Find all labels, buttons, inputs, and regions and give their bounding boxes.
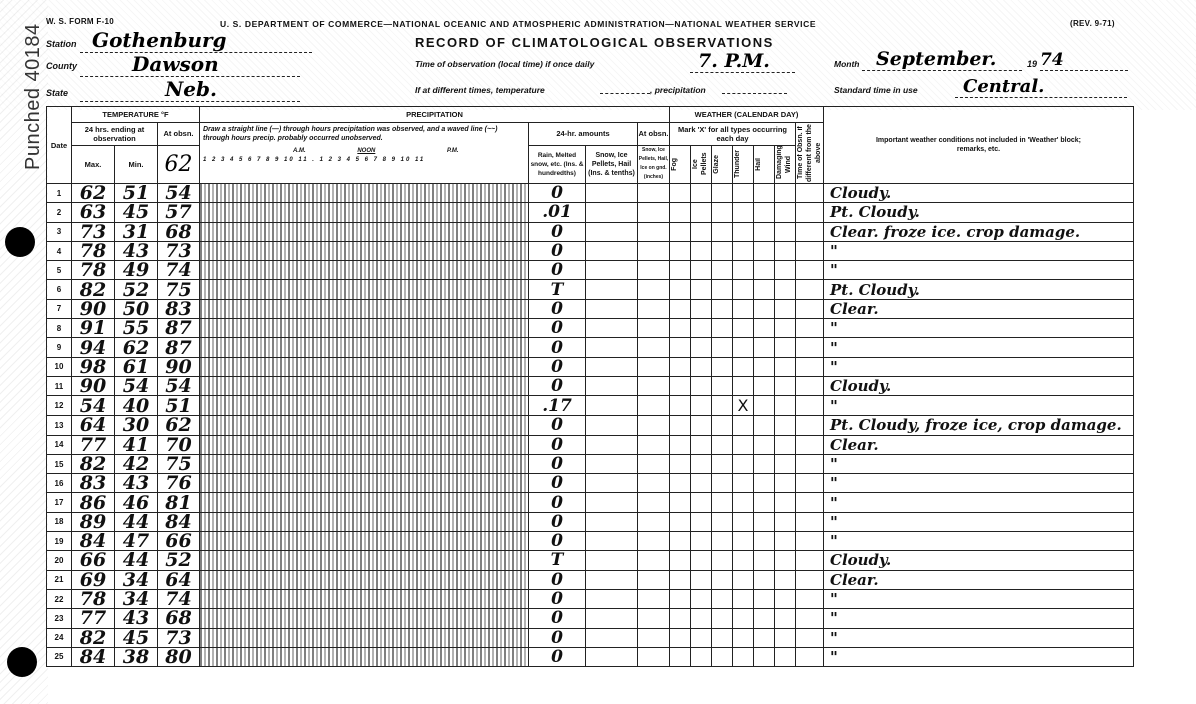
obs-temp-cell[interactable]: 68 — [158, 222, 200, 241]
max-temp-cell[interactable]: 91 — [72, 319, 115, 338]
fog-cell[interactable] — [670, 376, 691, 395]
obs-temp-cell[interactable]: 64 — [158, 570, 200, 589]
rain-cell[interactable]: 0 — [529, 338, 586, 357]
snow-cell[interactable] — [586, 570, 638, 589]
snow-cell[interactable] — [586, 184, 638, 203]
snow-ground-cell[interactable] — [638, 396, 670, 416]
time-obs-diff-cell[interactable] — [796, 396, 824, 416]
snow-cell[interactable] — [586, 338, 638, 357]
thunder-cell[interactable] — [733, 493, 754, 512]
damaging-wind-cell[interactable] — [775, 474, 796, 493]
min-temp-cell[interactable]: 44 — [115, 512, 158, 531]
fog-cell[interactable] — [670, 357, 691, 376]
rain-cell[interactable]: 0 — [529, 474, 586, 493]
max-temp-cell[interactable]: 84 — [72, 647, 115, 666]
min-temp-cell[interactable]: 61 — [115, 357, 158, 376]
snow-cell[interactable] — [586, 241, 638, 260]
fog-cell[interactable] — [670, 532, 691, 551]
fog-cell[interactable] — [670, 416, 691, 435]
rain-cell[interactable]: 0 — [529, 435, 586, 454]
snow-ground-cell[interactable] — [638, 647, 670, 666]
time-obs-diff-cell[interactable] — [796, 416, 824, 435]
glaze-cell[interactable] — [712, 609, 733, 628]
snow-ground-cell[interactable] — [638, 338, 670, 357]
min-temp-cell[interactable]: 43 — [115, 241, 158, 260]
ice-pellets-cell[interactable] — [691, 551, 712, 570]
thunder-cell[interactable] — [733, 319, 754, 338]
snow-ground-cell[interactable] — [638, 454, 670, 473]
thunder-cell[interactable] — [733, 454, 754, 473]
temperature-time-field[interactable] — [600, 93, 650, 94]
glaze-cell[interactable] — [712, 416, 733, 435]
min-temp-cell[interactable]: 54 — [115, 376, 158, 395]
hourly-precip-cell[interactable] — [200, 454, 529, 473]
max-temp-cell[interactable]: 77 — [72, 435, 115, 454]
damaging-wind-cell[interactable] — [775, 376, 796, 395]
hail-cell[interactable] — [754, 376, 775, 395]
min-temp-cell[interactable]: 31 — [115, 222, 158, 241]
remark-cell[interactable]: Pt. Cloudy. — [824, 203, 1134, 222]
max-temp-cell[interactable]: 84 — [72, 532, 115, 551]
ice-pellets-cell[interactable] — [691, 570, 712, 589]
min-temp-cell[interactable]: 38 — [115, 647, 158, 666]
rain-cell[interactable]: 0 — [529, 376, 586, 395]
hail-cell[interactable] — [754, 493, 775, 512]
snow-cell[interactable] — [586, 376, 638, 395]
hail-cell[interactable] — [754, 647, 775, 666]
glaze-cell[interactable] — [712, 628, 733, 647]
fog-cell[interactable] — [670, 647, 691, 666]
max-temp-cell[interactable]: 63 — [72, 203, 115, 222]
snow-cell[interactable] — [586, 203, 638, 222]
time-obs-diff-cell[interactable] — [796, 357, 824, 376]
remark-cell[interactable]: Pt. Cloudy. — [824, 280, 1134, 299]
hourly-precip-cell[interactable] — [200, 261, 529, 280]
time-obs-diff-cell[interactable] — [796, 338, 824, 357]
snow-ground-cell[interactable] — [638, 241, 670, 260]
time-obs-diff-cell[interactable] — [796, 551, 824, 570]
rain-cell[interactable]: 0 — [529, 319, 586, 338]
hail-cell[interactable] — [754, 357, 775, 376]
ice-pellets-cell[interactable] — [691, 184, 712, 203]
precip-time-field[interactable] — [722, 93, 787, 94]
fog-cell[interactable] — [670, 338, 691, 357]
hail-cell[interactable] — [754, 551, 775, 570]
ice-pellets-cell[interactable] — [691, 435, 712, 454]
rain-cell[interactable]: 0 — [529, 493, 586, 512]
thunder-cell[interactable] — [733, 280, 754, 299]
obs-temp-cell[interactable]: 73 — [158, 241, 200, 260]
obs-temp-cell[interactable]: 54 — [158, 376, 200, 395]
fog-cell[interactable] — [670, 280, 691, 299]
rain-cell[interactable]: 0 — [529, 416, 586, 435]
hourly-precip-cell[interactable] — [200, 435, 529, 454]
fog-cell[interactable] — [670, 222, 691, 241]
time-obs-diff-cell[interactable] — [796, 454, 824, 473]
obs-temp-cell[interactable]: 70 — [158, 435, 200, 454]
remark-cell[interactable]: " — [824, 338, 1134, 357]
snow-ground-cell[interactable] — [638, 435, 670, 454]
hail-cell[interactable] — [754, 589, 775, 608]
time-obs-diff-cell[interactable] — [796, 589, 824, 608]
min-temp-cell[interactable]: 30 — [115, 416, 158, 435]
hourly-precip-cell[interactable] — [200, 396, 529, 416]
min-temp-cell[interactable]: 52 — [115, 280, 158, 299]
hail-cell[interactable] — [754, 299, 775, 318]
hail-cell[interactable] — [754, 628, 775, 647]
fog-cell[interactable] — [670, 609, 691, 628]
damaging-wind-cell[interactable] — [775, 454, 796, 473]
snow-cell[interactable] — [586, 532, 638, 551]
snow-ground-cell[interactable] — [638, 184, 670, 203]
thunder-cell[interactable] — [733, 184, 754, 203]
remark-cell[interactable]: " — [824, 241, 1134, 260]
ice-pellets-cell[interactable] — [691, 376, 712, 395]
damaging-wind-cell[interactable] — [775, 628, 796, 647]
snow-ground-cell[interactable] — [638, 570, 670, 589]
snow-ground-cell[interactable] — [638, 319, 670, 338]
year-field[interactable]: 74 — [1040, 50, 1128, 71]
glaze-cell[interactable] — [712, 532, 733, 551]
snow-cell[interactable] — [586, 280, 638, 299]
obs-temp-cell[interactable]: 87 — [158, 319, 200, 338]
max-temp-cell[interactable]: 66 — [72, 551, 115, 570]
hail-cell[interactable] — [754, 222, 775, 241]
hail-cell[interactable] — [754, 184, 775, 203]
snow-cell[interactable] — [586, 222, 638, 241]
damaging-wind-cell[interactable] — [775, 532, 796, 551]
thunder-cell[interactable] — [733, 416, 754, 435]
max-temp-cell[interactable]: 69 — [72, 570, 115, 589]
std-time-field[interactable]: Central. — [955, 76, 1127, 98]
rain-cell[interactable]: 0 — [529, 241, 586, 260]
ice-pellets-cell[interactable] — [691, 396, 712, 416]
min-temp-cell[interactable]: 62 — [115, 338, 158, 357]
hail-cell[interactable] — [754, 280, 775, 299]
damaging-wind-cell[interactable] — [775, 570, 796, 589]
rain-cell[interactable]: 0 — [529, 261, 586, 280]
station-field[interactable]: Gothenburg — [80, 28, 312, 53]
fog-cell[interactable] — [670, 203, 691, 222]
thunder-cell[interactable] — [733, 261, 754, 280]
remark-cell[interactable]: Cloudy. — [824, 184, 1134, 203]
obs-temp-cell[interactable]: 74 — [158, 261, 200, 280]
hourly-precip-cell[interactable] — [200, 474, 529, 493]
rain-cell[interactable]: .01 — [529, 203, 586, 222]
damaging-wind-cell[interactable] — [775, 222, 796, 241]
glaze-cell[interactable] — [712, 474, 733, 493]
hail-cell[interactable] — [754, 570, 775, 589]
glaze-cell[interactable] — [712, 357, 733, 376]
glaze-cell[interactable] — [712, 435, 733, 454]
snow-cell[interactable] — [586, 589, 638, 608]
max-temp-cell[interactable]: 54 — [72, 396, 115, 416]
ice-pellets-cell[interactable] — [691, 280, 712, 299]
remark-cell[interactable]: Clear. — [824, 570, 1134, 589]
ice-pellets-cell[interactable] — [691, 261, 712, 280]
ice-pellets-cell[interactable] — [691, 222, 712, 241]
thunder-cell[interactable] — [733, 299, 754, 318]
ice-pellets-cell[interactable] — [691, 241, 712, 260]
max-temp-cell[interactable]: 78 — [72, 589, 115, 608]
thunder-cell[interactable] — [733, 628, 754, 647]
min-temp-cell[interactable]: 34 — [115, 589, 158, 608]
max-temp-cell[interactable]: 90 — [72, 376, 115, 395]
min-temp-cell[interactable]: 49 — [115, 261, 158, 280]
snow-cell[interactable] — [586, 628, 638, 647]
max-temp-cell[interactable]: 77 — [72, 609, 115, 628]
ice-pellets-cell[interactable] — [691, 319, 712, 338]
max-temp-cell[interactable]: 90 — [72, 299, 115, 318]
hourly-precip-cell[interactable] — [200, 628, 529, 647]
fog-cell[interactable] — [670, 474, 691, 493]
hourly-precip-cell[interactable] — [200, 512, 529, 531]
obs-temp-cell[interactable]: 73 — [158, 628, 200, 647]
snow-ground-cell[interactable] — [638, 609, 670, 628]
time-obs-field[interactable]: 7. P.M. — [690, 50, 795, 73]
rain-cell[interactable]: 0 — [529, 532, 586, 551]
thunder-cell[interactable] — [733, 357, 754, 376]
time-obs-diff-cell[interactable] — [796, 493, 824, 512]
remark-cell[interactable]: " — [824, 474, 1134, 493]
thunder-cell[interactable] — [733, 512, 754, 531]
ice-pellets-cell[interactable] — [691, 299, 712, 318]
min-temp-cell[interactable]: 43 — [115, 609, 158, 628]
snow-ground-cell[interactable] — [638, 280, 670, 299]
snow-cell[interactable] — [586, 551, 638, 570]
fog-cell[interactable] — [670, 319, 691, 338]
county-field[interactable]: Dawson — [80, 52, 300, 77]
glaze-cell[interactable] — [712, 589, 733, 608]
max-temp-cell[interactable]: 82 — [72, 280, 115, 299]
glaze-cell[interactable] — [712, 551, 733, 570]
ice-pellets-cell[interactable] — [691, 512, 712, 531]
hourly-precip-cell[interactable] — [200, 532, 529, 551]
fog-cell[interactable] — [670, 184, 691, 203]
time-obs-diff-cell[interactable] — [796, 512, 824, 531]
damaging-wind-cell[interactable] — [775, 280, 796, 299]
snow-cell[interactable] — [586, 435, 638, 454]
damaging-wind-cell[interactable] — [775, 261, 796, 280]
remark-cell[interactable]: " — [824, 532, 1134, 551]
thunder-cell[interactable] — [733, 551, 754, 570]
min-temp-cell[interactable]: 43 — [115, 474, 158, 493]
hourly-precip-cell[interactable] — [200, 299, 529, 318]
hail-cell[interactable] — [754, 512, 775, 531]
obs-temp-cell[interactable]: 54 — [158, 184, 200, 203]
time-obs-diff-cell[interactable] — [796, 474, 824, 493]
obs-temp-cell[interactable]: 83 — [158, 299, 200, 318]
hail-cell[interactable] — [754, 532, 775, 551]
ice-pellets-cell[interactable] — [691, 474, 712, 493]
min-temp-cell[interactable]: 41 — [115, 435, 158, 454]
hail-cell[interactable] — [754, 319, 775, 338]
remark-cell[interactable]: Clear. — [824, 299, 1134, 318]
max-temp-cell[interactable]: 82 — [72, 628, 115, 647]
thunder-cell[interactable] — [733, 532, 754, 551]
max-temp-cell[interactable]: 64 — [72, 416, 115, 435]
max-temp-cell[interactable]: 73 — [72, 222, 115, 241]
snow-ground-cell[interactable] — [638, 376, 670, 395]
max-temp-cell[interactable]: 98 — [72, 357, 115, 376]
time-obs-diff-cell[interactable] — [796, 376, 824, 395]
ice-pellets-cell[interactable] — [691, 338, 712, 357]
max-temp-cell[interactable]: 83 — [72, 474, 115, 493]
snow-ground-cell[interactable] — [638, 222, 670, 241]
rain-cell[interactable]: 0 — [529, 454, 586, 473]
obs-temp-cell[interactable]: 87 — [158, 338, 200, 357]
damaging-wind-cell[interactable] — [775, 396, 796, 416]
hail-cell[interactable] — [754, 454, 775, 473]
hail-cell[interactable] — [754, 396, 775, 416]
remark-cell[interactable]: " — [824, 609, 1134, 628]
state-field[interactable]: Neb. — [80, 77, 300, 102]
time-obs-diff-cell[interactable] — [796, 570, 824, 589]
rain-cell[interactable]: T — [529, 551, 586, 570]
rain-cell[interactable]: 0 — [529, 589, 586, 608]
hourly-precip-cell[interactable] — [200, 493, 529, 512]
remark-cell[interactable]: " — [824, 647, 1134, 666]
remark-cell[interactable]: " — [824, 512, 1134, 531]
damaging-wind-cell[interactable] — [775, 493, 796, 512]
obs-temp-cell[interactable]: 68 — [158, 609, 200, 628]
fog-cell[interactable] — [670, 570, 691, 589]
remark-cell[interactable]: Cloudy. — [824, 376, 1134, 395]
fog-cell[interactable] — [670, 241, 691, 260]
snow-ground-cell[interactable] — [638, 474, 670, 493]
fog-cell[interactable] — [670, 512, 691, 531]
snow-cell[interactable] — [586, 454, 638, 473]
hail-cell[interactable] — [754, 474, 775, 493]
month-field[interactable]: September. — [862, 48, 1022, 71]
thunder-cell[interactable] — [733, 589, 754, 608]
rain-cell[interactable]: 0 — [529, 570, 586, 589]
glaze-cell[interactable] — [712, 647, 733, 666]
hail-cell[interactable] — [754, 338, 775, 357]
glaze-cell[interactable] — [712, 241, 733, 260]
remark-cell[interactable]: " — [824, 396, 1134, 416]
snow-ground-cell[interactable] — [638, 589, 670, 608]
hourly-precip-cell[interactable] — [200, 647, 529, 666]
hail-cell[interactable] — [754, 203, 775, 222]
rain-cell[interactable]: .17 — [529, 396, 586, 416]
obs-temp-cell[interactable]: 75 — [158, 454, 200, 473]
hourly-precip-cell[interactable] — [200, 319, 529, 338]
remark-cell[interactable]: Pt. Cloudy, froze ice, crop damage. — [824, 416, 1134, 435]
thunder-cell[interactable] — [733, 474, 754, 493]
ice-pellets-cell[interactable] — [691, 532, 712, 551]
remark-cell[interactable]: Cloudy. — [824, 551, 1134, 570]
ice-pellets-cell[interactable] — [691, 647, 712, 666]
remark-cell[interactable]: Clear. froze ice. crop damage. — [824, 222, 1134, 241]
hourly-precip-cell[interactable] — [200, 203, 529, 222]
obs-temp-cell[interactable]: 66 — [158, 532, 200, 551]
hourly-precip-cell[interactable] — [200, 222, 529, 241]
glaze-cell[interactable] — [712, 396, 733, 416]
time-obs-diff-cell[interactable] — [796, 647, 824, 666]
ice-pellets-cell[interactable] — [691, 416, 712, 435]
min-temp-cell[interactable]: 45 — [115, 203, 158, 222]
ice-pellets-cell[interactable] — [691, 454, 712, 473]
ice-pellets-cell[interactable] — [691, 493, 712, 512]
hourly-precip-cell[interactable] — [200, 280, 529, 299]
snow-cell[interactable] — [586, 647, 638, 666]
glaze-cell[interactable] — [712, 512, 733, 531]
remark-cell[interactable]: " — [824, 493, 1134, 512]
max-temp-cell[interactable]: 62 — [72, 184, 115, 203]
thunder-cell[interactable] — [733, 647, 754, 666]
remark-cell[interactable]: " — [824, 357, 1134, 376]
max-temp-cell[interactable]: 78 — [72, 261, 115, 280]
glaze-cell[interactable] — [712, 338, 733, 357]
ice-pellets-cell[interactable] — [691, 609, 712, 628]
fog-cell[interactable] — [670, 261, 691, 280]
damaging-wind-cell[interactable] — [775, 338, 796, 357]
snow-ground-cell[interactable] — [638, 203, 670, 222]
thunder-cell[interactable] — [733, 338, 754, 357]
hourly-precip-cell[interactable] — [200, 551, 529, 570]
fog-cell[interactable] — [670, 551, 691, 570]
damaging-wind-cell[interactable] — [775, 416, 796, 435]
damaging-wind-cell[interactable] — [775, 357, 796, 376]
thunder-cell[interactable] — [733, 609, 754, 628]
hourly-precip-cell[interactable] — [200, 338, 529, 357]
snow-ground-cell[interactable] — [638, 416, 670, 435]
fog-cell[interactable] — [670, 299, 691, 318]
damaging-wind-cell[interactable] — [775, 319, 796, 338]
ice-pellets-cell[interactable] — [691, 589, 712, 608]
max-temp-cell[interactable]: 94 — [72, 338, 115, 357]
min-temp-cell[interactable]: 45 — [115, 628, 158, 647]
time-obs-diff-cell[interactable] — [796, 222, 824, 241]
time-obs-diff-cell[interactable] — [796, 203, 824, 222]
glaze-cell[interactable] — [712, 454, 733, 473]
damaging-wind-cell[interactable] — [775, 512, 796, 531]
snow-cell[interactable] — [586, 396, 638, 416]
time-obs-diff-cell[interactable] — [796, 280, 824, 299]
glaze-cell[interactable] — [712, 203, 733, 222]
obs-temp-cell[interactable]: 52 — [158, 551, 200, 570]
thunder-cell[interactable] — [733, 570, 754, 589]
snow-cell[interactable] — [586, 609, 638, 628]
hourly-precip-cell[interactable] — [200, 357, 529, 376]
fog-cell[interactable] — [670, 493, 691, 512]
ice-pellets-cell[interactable] — [691, 357, 712, 376]
fog-cell[interactable] — [670, 396, 691, 416]
obs-temp-cell[interactable]: 76 — [158, 474, 200, 493]
glaze-cell[interactable] — [712, 261, 733, 280]
hourly-precip-cell[interactable] — [200, 416, 529, 435]
obs-temp-cell[interactable]: 84 — [158, 512, 200, 531]
snow-ground-cell[interactable] — [638, 357, 670, 376]
obs-temp-cell[interactable]: 74 — [158, 589, 200, 608]
thunder-cell[interactable] — [733, 241, 754, 260]
max-temp-cell[interactable]: 86 — [72, 493, 115, 512]
damaging-wind-cell[interactable] — [775, 551, 796, 570]
fog-cell[interactable] — [670, 454, 691, 473]
glaze-cell[interactable] — [712, 570, 733, 589]
snow-ground-cell[interactable] — [638, 299, 670, 318]
hail-cell[interactable] — [754, 435, 775, 454]
damaging-wind-cell[interactable] — [775, 241, 796, 260]
time-obs-diff-cell[interactable] — [796, 435, 824, 454]
damaging-wind-cell[interactable] — [775, 299, 796, 318]
min-temp-cell[interactable]: 34 — [115, 570, 158, 589]
glaze-cell[interactable] — [712, 280, 733, 299]
obs-temp-cell[interactable]: 51 — [158, 396, 200, 416]
hourly-precip-cell[interactable] — [200, 376, 529, 395]
rain-cell[interactable]: 0 — [529, 647, 586, 666]
